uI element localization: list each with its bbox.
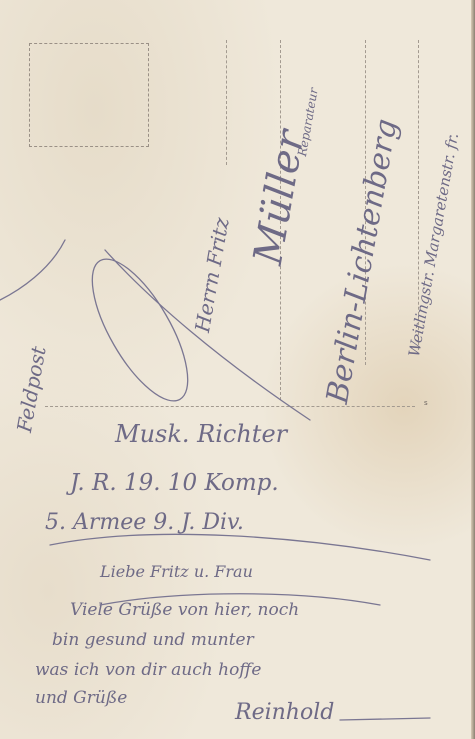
sender-line-2: J. R. 19. 10 Komp. bbox=[70, 470, 279, 496]
divider-line bbox=[45, 406, 415, 407]
message-line-2: bin gesund und munter bbox=[52, 630, 254, 650]
margin-note: Feldpost bbox=[12, 344, 51, 434]
card-edge-shadow bbox=[471, 0, 475, 739]
address-occupation: Reparateur bbox=[295, 87, 321, 158]
corner-mark: s bbox=[424, 399, 428, 407]
address-line-1 bbox=[226, 40, 227, 165]
message-greeting: Liebe Fritz u. Frau bbox=[100, 562, 253, 581]
message-line-4: und Grüße bbox=[35, 688, 127, 708]
sender-line-3: 5. Armee 9. J. Div. bbox=[45, 510, 244, 535]
postcard-back: s Herrn Fritz Müller Reparateur Berlin-L… bbox=[0, 0, 475, 739]
address-salutation: Herrn Fritz bbox=[190, 216, 234, 334]
stamp-box bbox=[29, 43, 149, 147]
sender-line-1: Musk. Richter bbox=[115, 420, 287, 448]
message-line-3: was ich von dir auch hoffe bbox=[35, 660, 261, 680]
message-signature: Reinhold bbox=[235, 700, 334, 725]
address-street: Weitlingstr. Margaretenstr. fr. bbox=[405, 132, 462, 358]
address-city: Berlin-Lichtenberg bbox=[320, 116, 404, 406]
message-line-1: Viele Grüße von hier, noch bbox=[70, 600, 299, 620]
